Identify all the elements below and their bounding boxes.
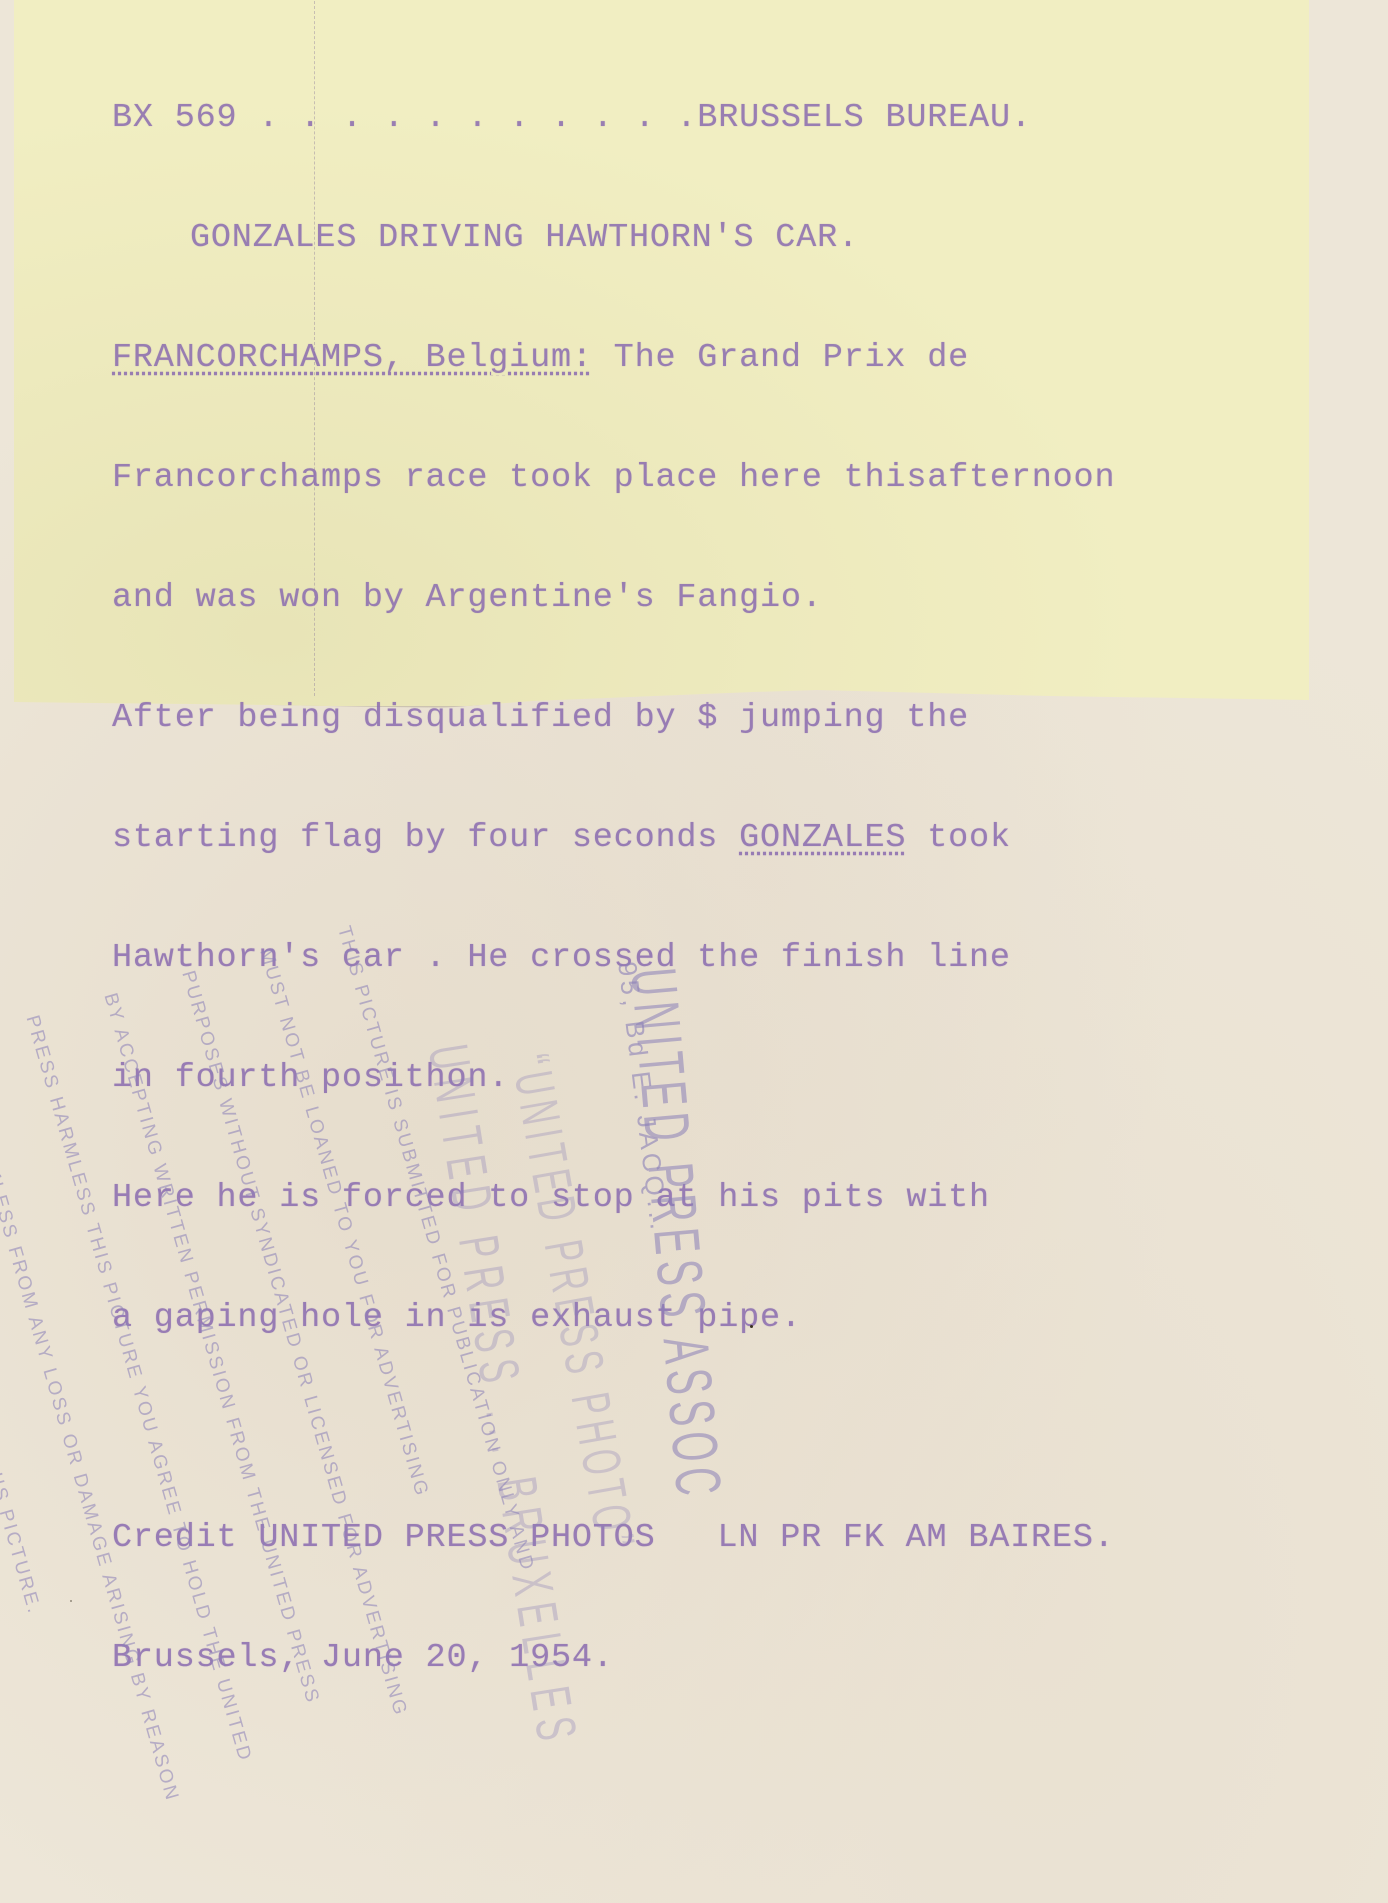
caption-header: BX 569 . . . . . . . . . . .BRUSSELS BUR… bbox=[112, 98, 1115, 138]
leader-dots: . . . . . . . . . . bbox=[258, 99, 655, 137]
underlined-name: GONZALES bbox=[739, 819, 906, 857]
dateline: FRANCORCHAMPS, Belgium: bbox=[112, 339, 593, 377]
caption-line-1: FRANCORCHAMPS, Belgium: The Grand Prix d… bbox=[112, 338, 1115, 378]
caption-line-4: After being disqualified by $ jumping th… bbox=[112, 698, 1115, 738]
caption-line-5: starting flag by four seconds GONZALES t… bbox=[112, 818, 1115, 858]
dust-speck bbox=[750, 1325, 753, 1328]
dust-speck bbox=[70, 1600, 72, 1602]
caption-headline: GONZALES DRIVING HAWTHORN'S CAR. bbox=[112, 218, 1115, 258]
photo-back: BX 569 . . . . . . . . . . .BRUSSELS BUR… bbox=[0, 0, 1388, 1903]
caption-line-2: Francorchamps race took place here thisa… bbox=[112, 458, 1115, 498]
routing-codes: LN PR FK AM BAIRES. bbox=[718, 1519, 1115, 1557]
bureau-name: .BRUSSELS BUREAU. bbox=[676, 99, 1031, 137]
caption-line-3: and was won by Argentine's Fangio. bbox=[112, 578, 1115, 618]
slug-number: BX 569 bbox=[112, 99, 237, 137]
